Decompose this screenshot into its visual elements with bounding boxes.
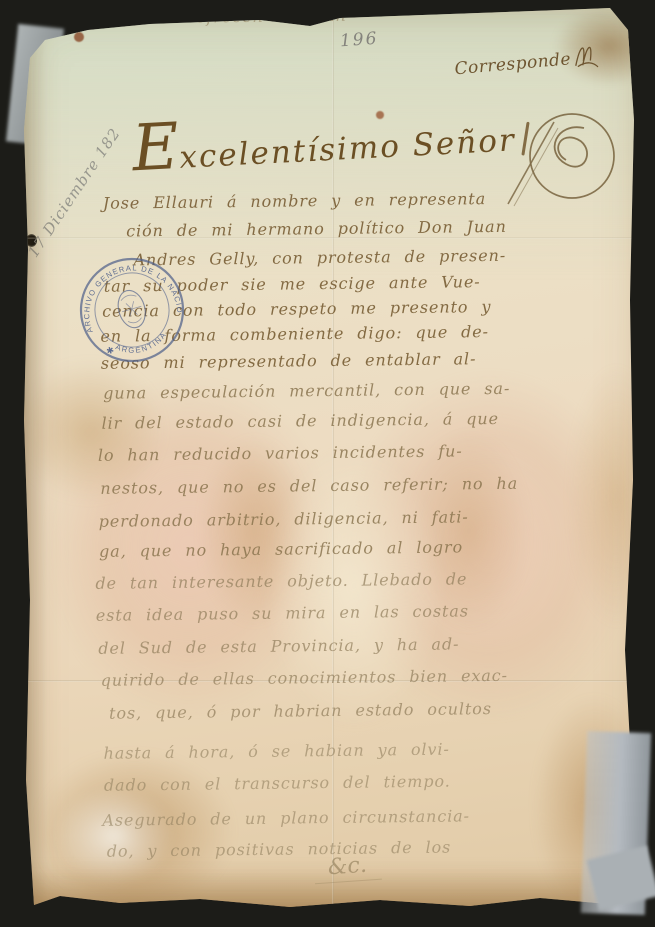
letter-body: Jose Ellauri á nombre y en representació… [8,2,653,920]
handwritten-line: del Sud de esta Provincia, y ha ad- [98,634,459,657]
stamp-star: ✱ [105,346,115,358]
handwritten-line: nestos, que no es del caso referir; no h… [100,474,518,498]
svg-text:ARGENTINA: ARGENTINA [112,328,171,361]
handwritten-line: esta idea puso su mira en las costas [96,601,469,625]
handwritten-line: quirido de ellas conocimientos bien exac… [101,666,508,690]
handwritten-line: guna especulación mercantil, con que sa- [103,379,510,403]
handwritten-line: do, y con positivas noticias de los [107,838,452,861]
etcetera-catchword: &c. [313,852,382,885]
handwritten-line: de tan interesante objeto. Llebado de [95,569,467,593]
handwritten-line: lo han reducido varios incidentes fu- [98,441,463,464]
paper-sheet: 196 17 Diciembre 182 Corresponde 5 Excel… [14,6,648,916]
handwritten-line: ga, que no haya sacrificado al logro [99,537,463,560]
handwritten-line: lir del estado casi de indigencia, á que [101,409,499,433]
corner-number: 5 [628,53,647,78]
handwritten-line: dado con el transcurso del tiempo. [104,772,451,795]
handwritten-line: hasta á hora, ó se habian ya olvi- [103,740,449,763]
handwritten-line: Andres Gelly, con protesta de presen- [133,246,506,270]
handwritten-line: Asegurado de un plano circunstancia- [102,806,470,829]
handwritten-line: tos, que, ó por habrian estado ocultos [109,699,492,723]
scanned-manuscript-page: 196 17 Diciembre 182 Corresponde 5 Excel… [0,0,655,927]
handwritten-line: ramos que allí se ofrecen á la in- [8,6,353,29]
stamp-bottom-text: ARGENTINA [112,328,171,361]
handwritten-line: ción de mi hermano político Don Juan [126,217,507,241]
handwritten-line: Jose Ellauri á nombre y en representa [103,189,487,213]
handwritten-line: perdonado arbitrio, diligencia, ni fati- [99,507,469,531]
